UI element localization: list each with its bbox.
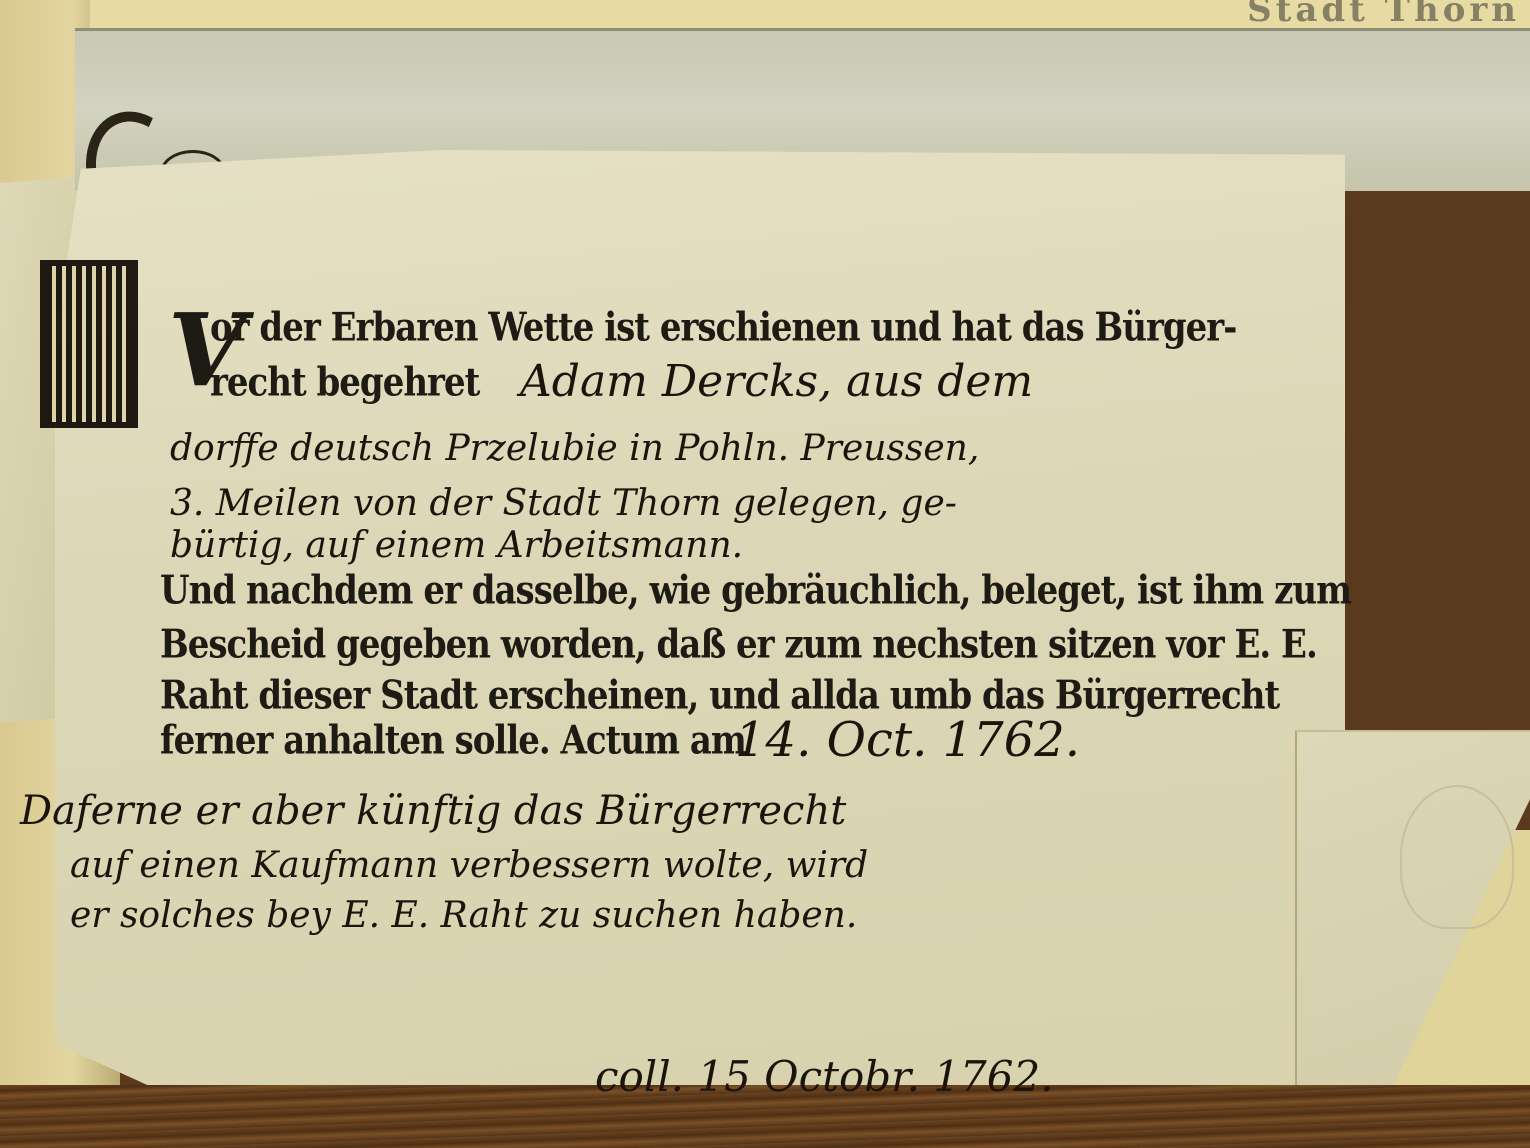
embossed-heart-icon [1400, 785, 1514, 929]
printed-line-1: or der Erbaren Wette ist erschienen und … [210, 305, 1330, 351]
handwritten-actum-date: 14. Oct. 1762. [735, 712, 1080, 768]
printed-line-4: Bescheid gegeben worden, daß er zum nech… [160, 622, 1280, 668]
handwritten-origin-line-2: 3. Meilen von der Stadt Thorn gelegen, g… [170, 483, 957, 524]
handwritten-note-line-1: Daferne er aber künftig das Bürgerrecht [20, 788, 846, 834]
handwritten-origin-line-3: bürtig, auf einem Arbeitsmann. [170, 525, 743, 566]
handwritten-note-line-2: auf einen Kaufmann verbessern wolte, wir… [70, 845, 868, 886]
top-partial-print: Stadt Thorn [1247, 0, 1520, 30]
printed-line-5: Raht dieser Stadt erscheinen, und allda … [160, 673, 1280, 719]
handwritten-footer-date: coll. 15 Octobr. 1762. [595, 1052, 1054, 1101]
woodcut-seal-icon [40, 260, 138, 428]
printed-actum: ferner anhalten solle. Actum am [160, 718, 1280, 764]
main-document-sheet [55, 150, 1345, 1090]
handwritten-origin-line-1: dorffe deutsch Przelubie in Pohln. Preus… [170, 428, 979, 469]
handwritten-note-line-3: er solches bey E. E. Raht zu suchen habe… [70, 895, 857, 936]
printed-line-3: Und nachdem er dasselbe, wie gebräuchlic… [160, 568, 1280, 614]
handwritten-applicant-name: Adam Dercks, aus dem [520, 356, 1033, 407]
